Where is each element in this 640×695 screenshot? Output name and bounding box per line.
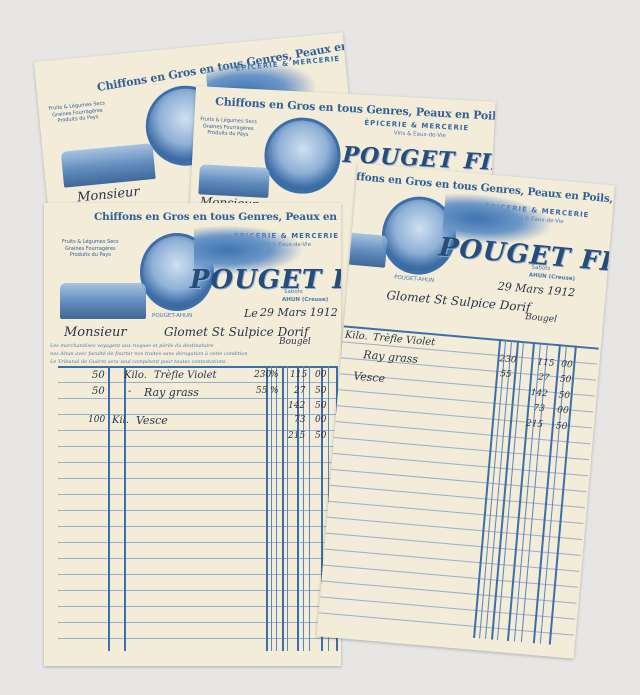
vignette-caption: POUGET-AHUN [394,275,435,284]
fine-print-3: Le Tribunal de Guéret sera seul compéten… [50,359,226,365]
letterhead-left-block: Fruits & Légumes Secs Graines Fourragère… [62,239,119,259]
letterhead-tagline: Chiffons en Gros en tous Genres, Peaux e… [94,211,341,223]
house-engraving [198,164,269,198]
fine-print-1: Les marchandises voyagent aux risques et… [50,343,214,349]
letterhead-trade: ÉPICERIE & MERCERIE [364,119,469,132]
brand-name: POUGET FILS [438,232,615,281]
front-right-sheet: Chiffons en Gros en tous Genres, Peaux e… [317,163,615,659]
fine-print-2: nos Ahun avec faculté de fournir nos tra… [50,351,248,357]
letterhead-left-block: Fruits & Légumes SecsGraines Fourragères… [48,100,106,125]
address-line2: AHUN (Creuse) [282,297,328,303]
address-line1: Sabots [284,289,303,295]
invoice-date: 29 Mars 1912 [260,306,338,319]
house-engraving [60,283,146,319]
signature: Bougel [525,312,558,325]
letterhead-trade-sub: Vins & Eaux-de-Vie [394,130,446,139]
salutation: Monsieur [64,325,127,340]
brand-name: POUGET FILS [190,265,341,295]
house-engraving [61,143,156,188]
invoice-date: 29 Mars 1912 [497,280,576,300]
vignette-caption: POUGET-AHUN [152,313,192,319]
address-line1: Sabots [531,265,550,273]
letterhead-left-block: Fruits & Légumes SecsGraines Fourragères… [199,116,257,138]
factory-vignette [263,116,343,196]
date-prefix: Le [244,307,258,320]
front-left-sheet: Chiffons en Gros en tous Genres, Peaux e… [44,203,341,666]
signature: Bougel [279,337,311,347]
